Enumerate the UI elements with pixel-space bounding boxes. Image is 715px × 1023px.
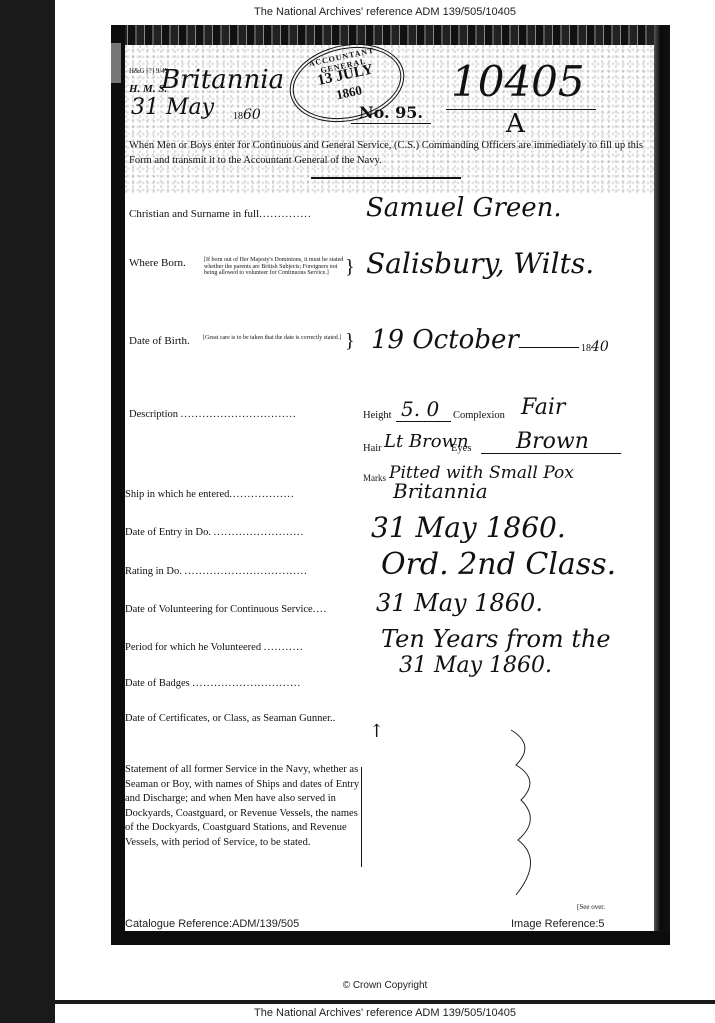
value-ship-entered: Britannia [393,479,488,503]
value-rating: Ord. 2nd Class. [381,547,616,582]
image-reference: Image Reference:5 [511,918,605,930]
crown-copyright: © Crown Copyright [55,980,715,991]
archive-reference-footer: The National Archives' reference ADM 139… [55,1007,715,1019]
note-date-of-birth: [Great care is to be taken that the date… [203,335,343,342]
value-where-born: Salisbury, Wilts. [366,247,594,280]
value-period-line2: 31 May 1860. [399,653,552,678]
brace: } [345,331,355,351]
form-number: No. 95. [359,103,423,122]
value-height: 5. 0 [401,397,439,421]
scan-edge-right [654,25,670,945]
label-name: Christian and Surname in full...........… [129,208,312,220]
register-suffix: A [506,109,525,139]
label-name-text: Christian and Surname in full [129,208,259,220]
label-date-entry: Date of Entry in Do. ...................… [125,527,304,538]
label-complexion: Complexion [453,410,505,421]
label-date-badges-text: Date of Badges [125,678,190,689]
label-height: Height [363,410,392,421]
dot-leader: .................. [229,489,294,500]
label-date-entry-text: Date of Entry in Do. [125,527,211,538]
document-page: The National Archives' reference ADM 139… [55,0,715,1000]
value-date-entry: 31 May 1860. [371,511,566,544]
register-number: 10405 [451,57,585,106]
catalogue-reference: Catalogue Reference:ADM/139/505 [125,918,299,930]
dot-leader: ................................ [181,409,297,420]
label-ship-entered: Ship in which he entered................… [125,489,295,500]
dot-leader: .............. [259,208,312,220]
dot-leader: ........... [264,642,304,653]
scan-edge-left-tab [111,43,121,83]
value-complexion: Fair [521,395,565,420]
eyes-rule [481,453,621,454]
scanned-form: H&G [?] 9/49 H. M. S. Britannia 31 May 1… [111,25,670,945]
year-prefix: 1860 [233,107,261,123]
entry-date-handwritten: 31 May [131,95,214,120]
ship-name-handwritten: Britannia [161,65,284,95]
next-page-header: The National Archives' reference ADM 139… [55,1004,715,1023]
label-certificates-text: Date of Certificates, or Class, as Seama… [125,713,330,724]
height-rule [396,421,451,422]
label-date-volunteering: Date of Volunteering for Continuous Serv… [125,604,327,615]
form-instructions: When Men or Boys enter for Continuous an… [129,138,654,168]
label-rating-text: Rating in Do. [125,566,182,577]
dot-leader: ......................... [214,527,305,538]
dot-leader: .............................. [192,678,301,689]
archive-reference-header: The National Archives' reference ADM 139… [55,6,715,18]
year-prefix-text: 18 [233,111,243,122]
value-date-volunteering: 31 May 1860. [376,589,543,617]
label-eyes: Eyes [451,443,471,454]
see-over-note: [See over. [577,903,605,911]
former-service-bracket [361,767,362,867]
value-eyes: Brown [516,429,589,454]
scan-edge-left [111,25,125,945]
label-period-volunteered-text: Period for which he Volunteered [125,642,261,653]
value-period-line1: Ten Years from the [381,625,611,653]
label-ship-entered-text: Ship in which he entered [125,489,229,500]
dot-leader: .... [313,604,328,615]
label-where-born: Where Born. [129,257,186,269]
dob-rule [519,347,579,348]
arrow-mark: ↑ [369,721,384,742]
form-number-underline [351,123,431,124]
value-name: Samuel Green. [366,193,562,223]
label-description: Description ............................… [129,409,297,420]
label-marks: Marks [363,473,386,483]
value-dob-year: 1840 [581,339,609,355]
label-date-badges: Date of Badges .........................… [125,678,301,689]
dob-year-handwritten: 40 [591,339,609,355]
dob-year-prefix: 18 [581,343,591,354]
label-hair: Hair [363,443,382,454]
viewer-left-margin [0,0,55,1023]
dot-leader: .................................. [185,566,308,577]
value-dob-day-month: 19 October [371,325,519,355]
scan-edge-bottom [111,931,670,945]
label-former-service: Statement of all former Service in the N… [125,763,360,850]
year-handwritten: 60 [243,107,261,123]
empty-bracket-marks [506,725,546,905]
instructions-rule [311,177,461,179]
label-date-volunteering-text: Date of Volunteering for Continuous Serv… [125,604,313,615]
brace: } [345,257,355,277]
label-description-text: Description [129,409,178,420]
label-rating: Rating in Do. ..........................… [125,566,308,577]
label-period-volunteered: Period for which he Volunteered ........… [125,642,304,653]
note-where-born: [If born out of Her Majesty's Dominions,… [204,257,344,277]
label-certificates: Date of Certificates, or Class, as Seama… [125,713,335,724]
label-date-of-birth: Date of Birth. [129,335,190,347]
